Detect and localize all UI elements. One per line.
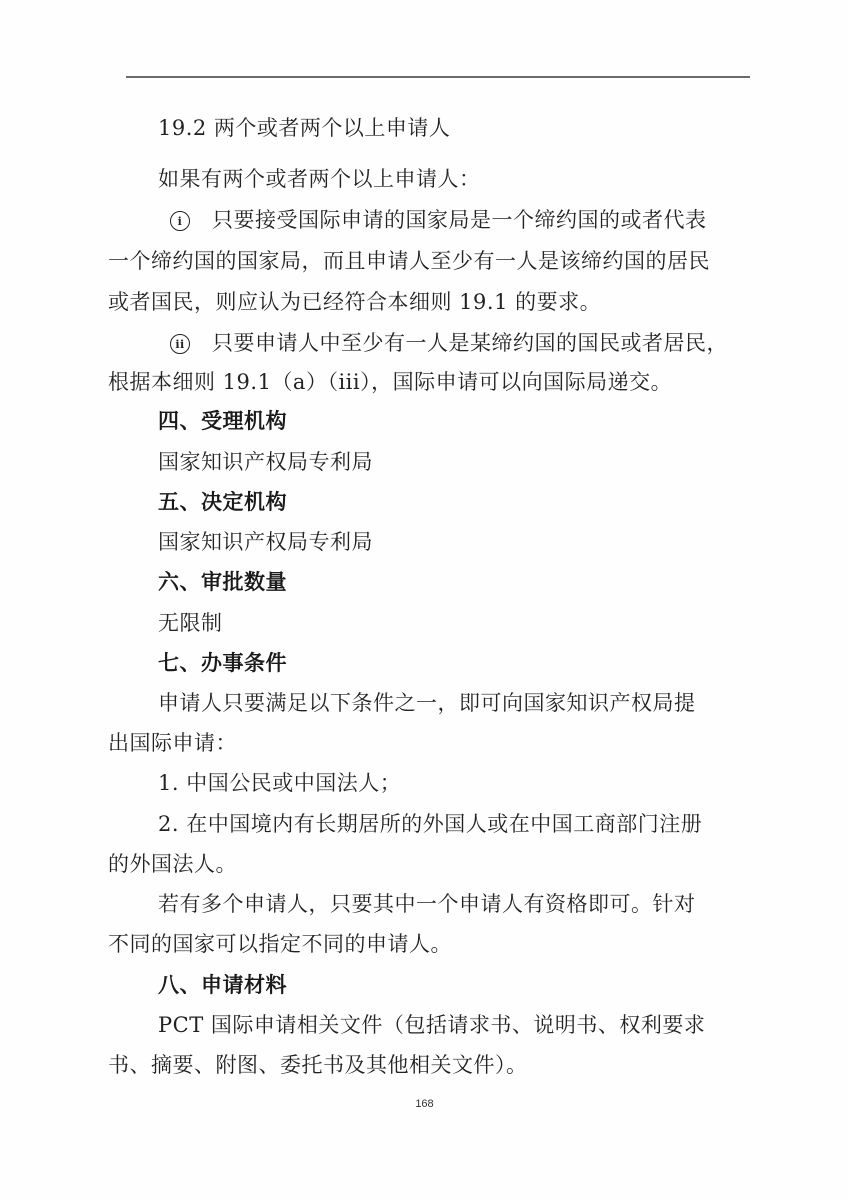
section-7-para1-line2: 出国际申请： (108, 730, 237, 756)
page-number: 168 (0, 1098, 849, 1110)
section-7-item1: 1. 中国公民或中国法人； (158, 770, 401, 796)
section-4-body: 国家知识产权局专利局 (158, 449, 373, 475)
document-page: 19.2 两个或者两个以上申请人 如果有两个或者两个以上申请人： i只要接受国际… (0, 0, 849, 1200)
section-19-2-title: 19.2 两个或者两个以上申请人 (158, 115, 450, 141)
section-7-heading: 七、办事条件 (158, 650, 287, 676)
section-5-heading: 五、决定机构 (158, 489, 287, 515)
item-ii-line2: 根据本细则 19.1（a）（iii），国际申请可以向国际局递交。 (108, 369, 672, 395)
item-i-line3: 或者国民，则应认为已经符合本细则 19.1 的要求。 (108, 289, 601, 315)
section-6-body: 无限制 (158, 610, 223, 636)
header-rule (126, 76, 750, 78)
section-7-para2-line2: 不同的国家可以指定不同的申请人。 (108, 931, 452, 957)
circled-numeral-i-icon: i (170, 211, 190, 231)
section-7-item2-line1: 2. 在中国境内有长期居所的外国人或在中国工商部门注册 (158, 811, 702, 837)
section-8-line1: PCT 国际申请相关文件（包括请求书、说明书、权利要求 (158, 1012, 705, 1038)
section-8-heading: 八、申请材料 (158, 972, 287, 998)
section-7-item2-line2: 的外国法人。 (108, 851, 237, 877)
section-7-para2-line1: 若有多个申请人，只要其中一个申请人有资格即可。针对 (158, 891, 696, 917)
item-i-line2: 一个缔约国的国家局，而且申请人至少有一人是该缔约国的居民 (108, 248, 710, 274)
section-8-line2: 书、摘要、附图、委托书及其他相关文件）。 (108, 1052, 528, 1078)
item-ii-line1: ii只要申请人中至少有一人是某缔约国的国民或者居民， (170, 330, 728, 356)
circled-numeral-ii-icon: ii (170, 334, 190, 354)
section-4-heading: 四、受理机构 (158, 408, 287, 434)
section-5-body: 国家知识产权局专利局 (158, 529, 373, 555)
section-6-heading: 六、审批数量 (158, 569, 287, 595)
section-19-2-intro: 如果有两个或者两个以上申请人： (158, 166, 481, 192)
section-7-para1-line1: 申请人只要满足以下条件之一，即可向国家知识产权局提 (158, 690, 696, 716)
item-i-line1: i只要接受国际申请的国家局是一个缔约国的或者代表 (170, 207, 707, 233)
